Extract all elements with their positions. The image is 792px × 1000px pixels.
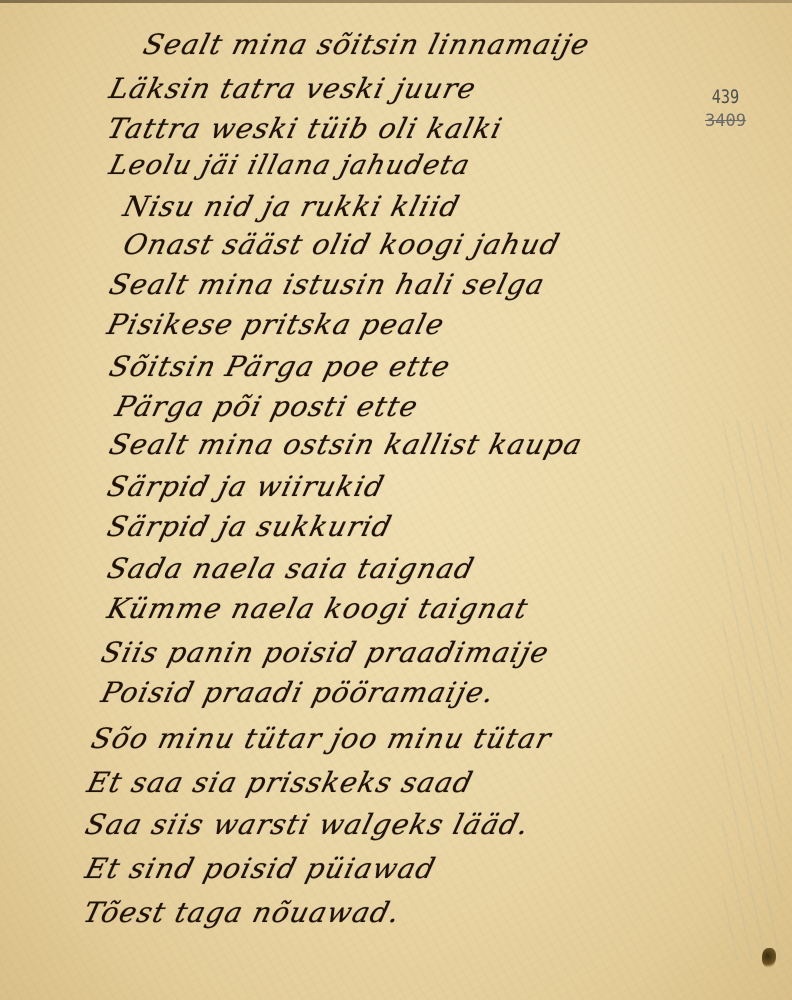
- text-line: Nisu nid ja rukki kliid: [120, 190, 464, 223]
- text-line: Sealt mina ostsin kallist kaupa: [106, 428, 586, 461]
- text-line: Läksin tatra veski juure: [106, 72, 480, 105]
- ink-blot: [762, 948, 776, 968]
- text-line: Siis panin poisid praadimaije: [98, 636, 553, 669]
- text-line: Et sind poisid püiawad: [82, 852, 439, 885]
- text-line: Pärga põi posti ette: [112, 390, 422, 423]
- text-line: Tattra weski tüib oli kalki: [104, 112, 506, 145]
- text-line: Saa siis warsti walgeks lääd.: [82, 808, 533, 841]
- text-line: Särpid ja wiirukid: [104, 470, 388, 503]
- archive-number-bottom: 3409: [705, 113, 746, 130]
- text-line: Särpid ja sukkurid: [104, 510, 396, 543]
- archive-number-top: 439: [709, 88, 742, 107]
- text-line: Pisikese pritska peale: [104, 308, 448, 341]
- text-line: Onast sääst olid koogi jahud: [120, 228, 564, 261]
- ink-bleed-through: [722, 420, 782, 960]
- manuscript-page: 439 3409 Sealt mina sõitsin linnamaije L…: [0, 0, 792, 1000]
- text-line: Et saa sia prisskeks saad: [84, 766, 477, 799]
- text-line: Sealt mina sõitsin linnamaije: [140, 28, 594, 61]
- text-line: Tõest taga nõuawad.: [80, 896, 404, 929]
- text-line: Sealt mina istusin hali selga: [106, 268, 549, 301]
- text-line: Poisid praadi pööramaije.: [98, 676, 498, 709]
- text-line: Sõo minu tütar joo minu tütar: [88, 722, 555, 755]
- text-line: Sõitsin Pärga poe ette: [106, 350, 454, 383]
- text-line: Sada naela saia taignad: [104, 552, 478, 585]
- text-line: Kümme naela koogi taignat: [104, 592, 532, 625]
- archive-stamp: 439 3409: [705, 88, 746, 130]
- text-line: Leolu jäi illana jahudeta: [106, 150, 474, 181]
